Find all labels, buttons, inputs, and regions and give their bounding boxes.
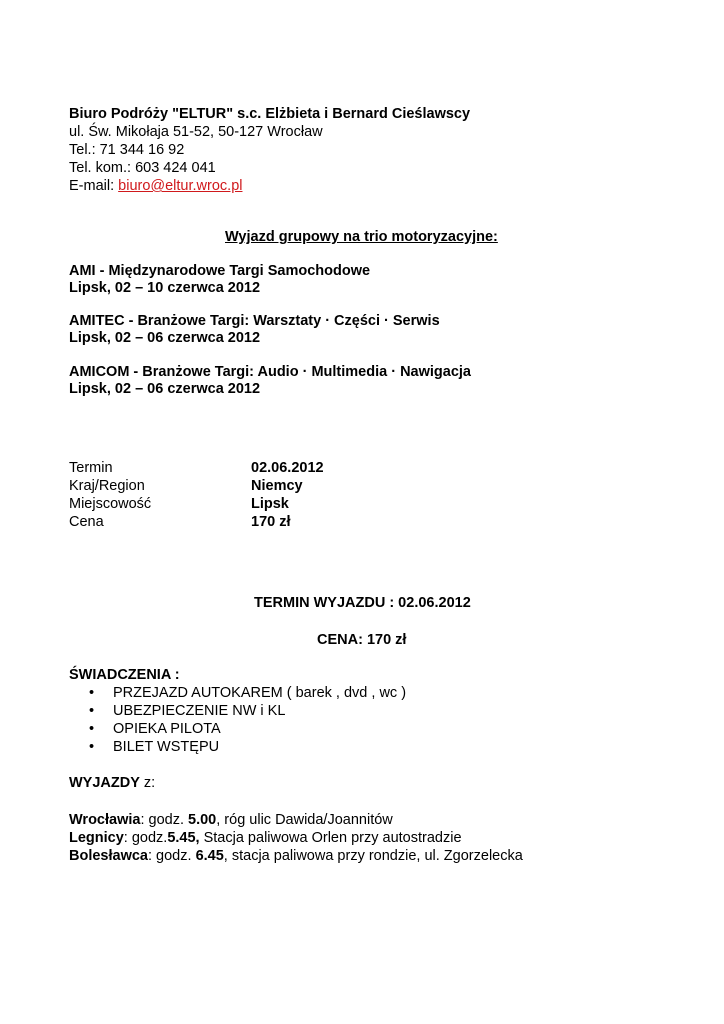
event-name: AMI - Międzynarodowe Targi Samochodowe (69, 262, 370, 280)
departures-heading: WYJAZDY z: (69, 774, 155, 792)
bullet-icon: • (89, 720, 113, 738)
info-value-region: Niemcy (251, 477, 303, 495)
info-value-termin: 02.06.2012 (251, 459, 324, 477)
service-item: •UBEZPIECZENIE NW i KL (89, 702, 285, 720)
company-mobile: Tel. kom.: 603 424 041 (69, 159, 216, 177)
service-item: •PRZEJAZD AUTOKAREM ( barek , dvd , wc ) (89, 684, 406, 702)
event-dates: Lipsk, 02 – 06 czerwca 2012 (69, 329, 260, 347)
email-link[interactable]: biuro@eltur.wroc.pl (118, 178, 242, 194)
departure-date: TERMIN WYJAZDU : 02.06.2012 (254, 594, 471, 612)
info-label-region: Kraj/Region (69, 477, 145, 495)
bullet-icon: • (89, 684, 113, 702)
departure-city: Wrocławia (69, 812, 140, 828)
info-value-city: Lipsk (251, 495, 289, 513)
info-label-termin: Termin (69, 459, 113, 477)
info-value-price: 170 zł (251, 513, 291, 531)
event-name: AMITEC - Branżowe Targi: Warsztaty · Czę… (69, 312, 440, 330)
departure-city: Legnicy (69, 830, 124, 846)
departure-item: Legnicy: godz.5.45, Stacja paliwowa Orle… (69, 829, 462, 847)
departure-time: 5.45, (167, 830, 199, 846)
departure-item: Wrocławia: godz. 5.00, róg ulic Dawida/J… (69, 811, 393, 829)
price-summary: CENA: 170 zł (317, 631, 406, 649)
departure-city: Bolesławca (69, 848, 148, 864)
departure-time: 5.00 (188, 812, 216, 828)
services-heading: ŚWIADCZENIA : (69, 666, 180, 684)
service-item: •OPIEKA PILOTA (89, 720, 221, 738)
email-label: E-mail: (69, 178, 118, 194)
event-name: AMICOM - Branżowe Targi: Audio · Multime… (69, 363, 471, 381)
departure-item: Bolesławca: godz. 6.45, stacja paliwowa … (69, 847, 523, 865)
company-phone: Tel.: 71 344 16 92 (69, 141, 184, 159)
bullet-icon: • (89, 738, 113, 756)
departure-time: 6.45 (196, 848, 224, 864)
company-name: Biuro Podróży "ELTUR" s.c. Elżbieta i Be… (69, 105, 470, 123)
service-item: •BILET WSTĘPU (89, 738, 219, 756)
info-label-city: Miejscowość (69, 495, 151, 513)
event-dates: Lipsk, 02 – 10 czerwca 2012 (69, 279, 260, 297)
event-dates: Lipsk, 02 – 06 czerwca 2012 (69, 380, 260, 398)
company-email-line: E-mail: biuro@eltur.wroc.pl (69, 177, 242, 195)
info-label-price: Cena (69, 513, 104, 531)
document-title: Wyjazd grupowy na trio motoryzacyjne: (225, 228, 498, 246)
company-address: ul. Św. Mikołaja 51-52, 50-127 Wrocław (69, 123, 323, 141)
bullet-icon: • (89, 702, 113, 720)
